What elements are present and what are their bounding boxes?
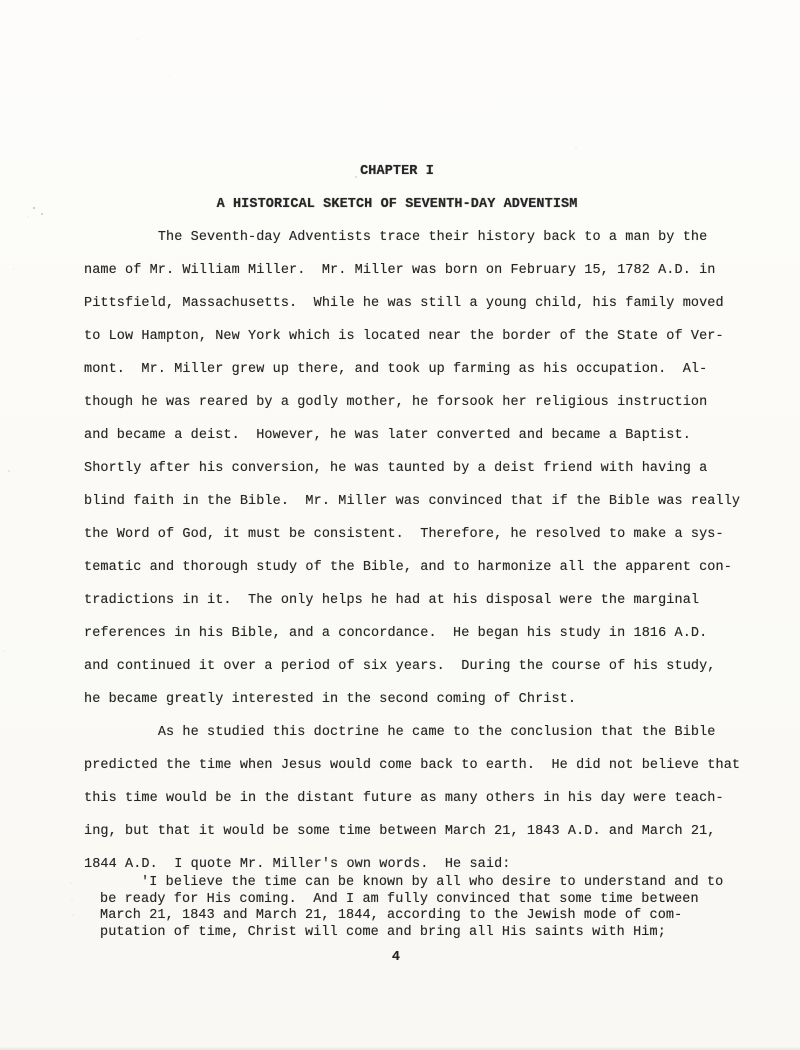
page-number: 4: [63, 941, 729, 974]
chapter-heading: CHAPTER I: [64, 155, 730, 188]
scanned-document-page: CHAPTER I A HISTORICAL SKETCH OF SEVENTH…: [0, 0, 800, 1050]
paragraph-second-coming: As he studied this doctrine he came to t…: [84, 716, 750, 881]
miller-quote-block: 'I believe the time can be known by all …: [100, 875, 750, 941]
chapter-title: A HISTORICAL SKETCH OF SEVENTH-DAY ADVEN…: [64, 188, 730, 221]
paper-specks: [0, 0, 2, 2]
page-content: CHAPTER I A HISTORICAL SKETCH OF SEVENTH…: [0, 155, 800, 974]
paragraph-miller-history: The Seventh-day Adventists trace their h…: [84, 221, 750, 716]
